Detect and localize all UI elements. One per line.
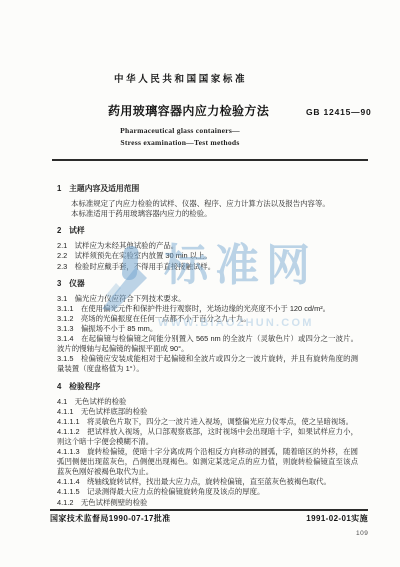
paragraph-text: 本标准规定了内应力检验的试样、仪器、程序、应力计算方法以及报告内容等。 bbox=[57, 199, 358, 209]
clause-text: 2.1 试样应为未经其他试验的产品。 bbox=[57, 241, 358, 251]
clause-text: 4.1.2 无色试样侧壁的检验 bbox=[57, 498, 358, 508]
clause-text: 4.1.1.5 记录测得最大应力点的检偏镜旋转角度及该点的厚度。 bbox=[57, 487, 358, 497]
page-number: 109 bbox=[356, 530, 368, 537]
clause-text: 4.1.1.3 旋转检偏镜，使暗十字分离成两个沿相反方向移动的圆弧，随着暗区的外… bbox=[57, 447, 358, 477]
standard-footer: 国家技术监督局1990-07-17批准 1991-02-01实施 bbox=[50, 513, 368, 524]
section-heading: 3 仪器 bbox=[57, 279, 358, 289]
clause-text: 2.2 试样须预先在实验室内放置 30 min 以上。 bbox=[57, 251, 358, 261]
implementation-text: 1991-02-01实施 bbox=[306, 513, 368, 524]
title-english-line1: Pharmaceutical glass containers— bbox=[80, 126, 280, 135]
clause-text: 3.1.1 在使用偏光元件和保护件进行观察时，光场边缘的光亮度不小于 120 c… bbox=[57, 304, 358, 314]
clause-text: 2.3 检验时应戴手套，不得用手直接接触试样。 bbox=[57, 262, 358, 272]
section-heading: 1 主题内容及适用范围 bbox=[57, 184, 358, 194]
clause-text: 4.1.1 无色试样底部的检验 bbox=[57, 407, 358, 417]
clause-text: 3.1.2 亮场的光偏振度在任何一点都不小于百分之九十九。 bbox=[57, 314, 358, 324]
title-english-line2: Stress examination—Test methods bbox=[80, 138, 280, 147]
national-standard-label: 中华人民共和国国家标准 bbox=[114, 71, 247, 85]
standard-body-text: 1 主题内容及适用范围本标准规定了内应力检验的试样、仪器、程序、应力计算方法以及… bbox=[57, 180, 358, 508]
paragraph-text: 本标准适用于药用玻璃容器内应力的检验。 bbox=[57, 209, 358, 219]
header-divider bbox=[52, 159, 368, 161]
section-heading: 2 试样 bbox=[57, 226, 358, 236]
clause-text: 3.1.3 偏振场不小于 85 mm。 bbox=[57, 324, 358, 334]
clause-text: 3.1.5 检偏镜应安装成能相对于起偏镜和全波片或四分之一波片旋转，并且有旋转角… bbox=[57, 354, 358, 374]
clause-text: 4.1 无色试样的检验 bbox=[57, 397, 358, 407]
section-heading: 4 检验程序 bbox=[57, 382, 358, 392]
standard-code: GB 12415—90 bbox=[306, 107, 372, 117]
clause-text: 4.1.1.4 绕轴线旋转试样，找出最大应力点，旋转检偏镜，直至蓝灰色被褐色取代… bbox=[57, 477, 358, 487]
document-page: 中华人民共和国国家标准 药用玻璃容器内应力检验方法 GB 12415—90 Ph… bbox=[0, 0, 400, 567]
clause-text: 4.1.1.2 把试样放入视场，从口部观察底部，这时视场中会出现暗十字，如果试样… bbox=[57, 427, 358, 447]
footer-divider bbox=[50, 509, 368, 511]
clause-text: 3.1.4 在起偏镜与检偏镜之间能分别置入 565 nm 的全波片（灵敏色片）或… bbox=[57, 334, 358, 354]
page-title: 药用玻璃容器内应力检验方法 bbox=[108, 102, 269, 119]
clause-text: 3.1 偏光应力仪应符合下列技术要求。 bbox=[57, 294, 358, 304]
clause-text: 4.1.1.1 将灵敏色片取下，四分之一波片进入视场，调整偏光应力仪零点，使之呈… bbox=[57, 417, 358, 427]
approval-text: 国家技术监督局1990-07-17批准 bbox=[50, 513, 171, 524]
